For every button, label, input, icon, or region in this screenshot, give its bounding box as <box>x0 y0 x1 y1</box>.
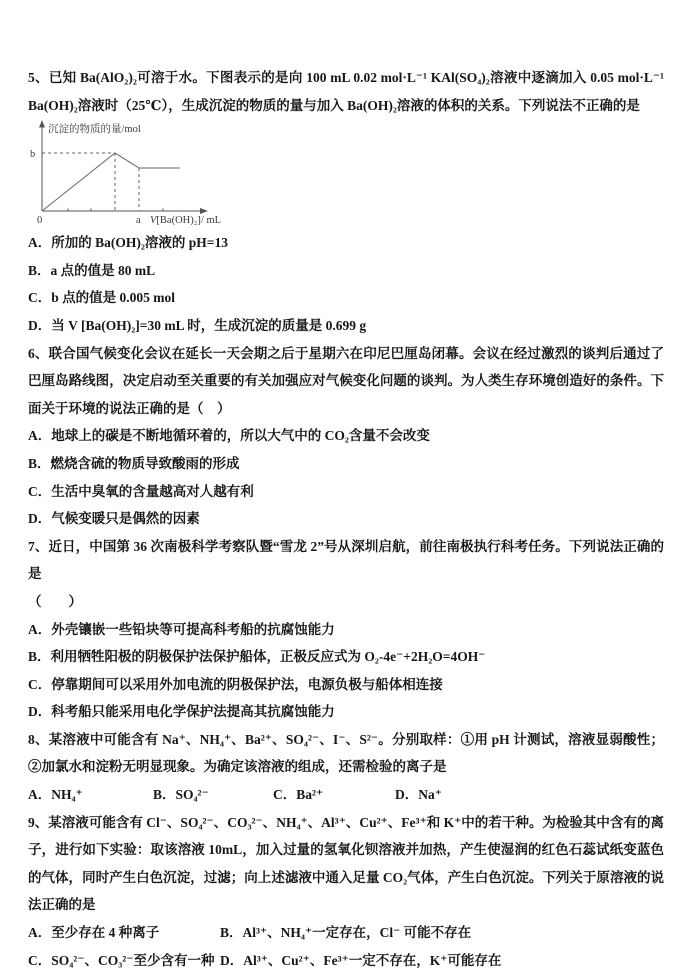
question-9-option-c: C．SO₄²⁻、CO₃²⁻至少含有一种 <box>28 947 220 975</box>
question-6-option-a: A．地球上的碳是不断地循环着的，所以大气中的 CO₂含量不会改变 <box>28 422 664 450</box>
question-5: 5、已知 Ba(AlO₂)₂可溶于水。下图表示的是向 100 mL 0.02 m… <box>28 64 664 340</box>
question-5-option-d: D．当 V [Ba(OH)₂]=30 mL 时，生成沉淀的质量是 0.699 g <box>28 312 664 340</box>
precipitate-vs-volume-chart: 沉淀的物质的量/mol b 0 a V[Ba(OH)₂]/ mL <box>28 119 664 229</box>
chart-x-axis-arrow-icon <box>200 208 208 214</box>
question-6: 6、联合国气候变化会议在延长一天会期之后于星期六在印尼巴厘岛闭幕。会议在经过激烈… <box>28 340 664 533</box>
question-8-option-b: B．SO₄²⁻ <box>153 781 273 809</box>
chart-y-axis-arrow-icon <box>39 120 45 128</box>
question-7-option-b: B．利用牺牲阳极的阴极保护法保护船体，正极反应式为 O₂-4e⁻+2H₂O=4O… <box>28 643 664 671</box>
question-8-option-a: A．NH₄⁺ <box>28 781 153 809</box>
question-8-option-d: D．Na⁺ <box>395 781 664 809</box>
question-7-answer-brackets: （ ） <box>28 588 664 616</box>
question-9-stem: 9、某溶液可能含有 Cl⁻、SO₄²⁻、CO₃²⁻、NH₄⁺、Al³⁺、Cu²⁺… <box>28 809 664 919</box>
question-6-stem: 6、联合国气候变化会议在延长一天会期之后于星期六在印尼巴厘岛闭幕。会议在经过激烈… <box>28 340 664 423</box>
question-7-option-a: A．外壳镶嵌一些铅块等可提高科考船的抗腐蚀能力 <box>28 616 664 644</box>
question-8-option-c: C．Ba²⁺ <box>273 781 395 809</box>
question-9-option-b: B．Al³⁺、NH₄⁺一定存在，Cl⁻ 可能不存在 <box>220 919 664 947</box>
chart-x-axis-label-unit: [Ba(OH)₂]/ mL <box>156 215 221 226</box>
chart-y-mark-b: b <box>30 149 35 160</box>
exam-page: 5、已知 Ba(AlO₂)₂可溶于水。下图表示的是向 100 mL 0.02 m… <box>0 0 691 978</box>
question-8-stem: 8、某溶液中可能含有 Na⁺、NH₄⁺、Ba²⁺、SO₄²⁻、I⁻、S²⁻。分别… <box>28 726 664 781</box>
chart-origin-label: 0 <box>37 215 42 226</box>
question-5-option-c: C．b 点的值是 0.005 mol <box>28 284 664 312</box>
question-7-stem: 7、近日，中国第 36 次南极科学考察队暨“雪龙 2”号从深圳启航，前往南极执行… <box>28 533 664 588</box>
question-6-option-d: D．气候变暖只是偶然的因素 <box>28 505 664 533</box>
question-7: 7、近日，中国第 36 次南极科学考察队暨“雪龙 2”号从深圳启航，前往南极执行… <box>28 533 664 726</box>
question-9-options: A．至少存在 4 种离子 B．Al³⁺、NH₄⁺一定存在，Cl⁻ 可能不存在 C… <box>28 919 664 974</box>
question-9: 9、某溶液可能含有 Cl⁻、SO₄²⁻、CO₃²⁻、NH₄⁺、Al³⁺、Cu²⁺… <box>28 809 664 975</box>
question-5-option-b: B．a 点的值是 80 mL <box>28 257 664 285</box>
question-8-options: A．NH₄⁺ B．SO₄²⁻ C．Ba²⁺ D．Na⁺ <box>28 781 664 809</box>
chart-precipitate-series-line <box>42 153 180 211</box>
question-5-stem: 5、已知 Ba(AlO₂)₂可溶于水。下图表示的是向 100 mL 0.02 m… <box>28 64 664 119</box>
question-9-option-a: A．至少存在 4 种离子 <box>28 919 220 947</box>
question-7-option-c: C．停靠期间可以采用外加电流的阴极保护法，电源负极与船体相连接 <box>28 671 664 699</box>
chart-x-axis-label: V[Ba(OH)₂]/ mL <box>150 215 221 226</box>
chart-canvas: 沉淀的物质的量/mol b 0 a V[Ba(OH)₂]/ mL <box>28 119 240 229</box>
question-9-option-d: D．Al³⁺、Cu²⁺、Fe³⁺一定不存在，K⁺可能存在 <box>220 947 664 975</box>
question-8: 8、某溶液中可能含有 Na⁺、NH₄⁺、Ba²⁺、SO₄²⁻、I⁻、S²⁻。分别… <box>28 726 664 809</box>
question-6-option-c: C．生活中臭氧的含量越高对人越有利 <box>28 478 664 506</box>
chart-x-mark-a: a <box>136 215 141 226</box>
question-6-option-b: B．燃烧含硫的物质导致酸雨的形成 <box>28 450 664 478</box>
chart-y-axis-label: 沉淀的物质的量/mol <box>48 122 141 135</box>
question-5-option-a: A．所加的 Ba(OH)₂溶液的 pH=13 <box>28 229 664 257</box>
question-7-option-d: D．科考船只能采用电化学保护法提高其抗腐蚀能力 <box>28 698 664 726</box>
